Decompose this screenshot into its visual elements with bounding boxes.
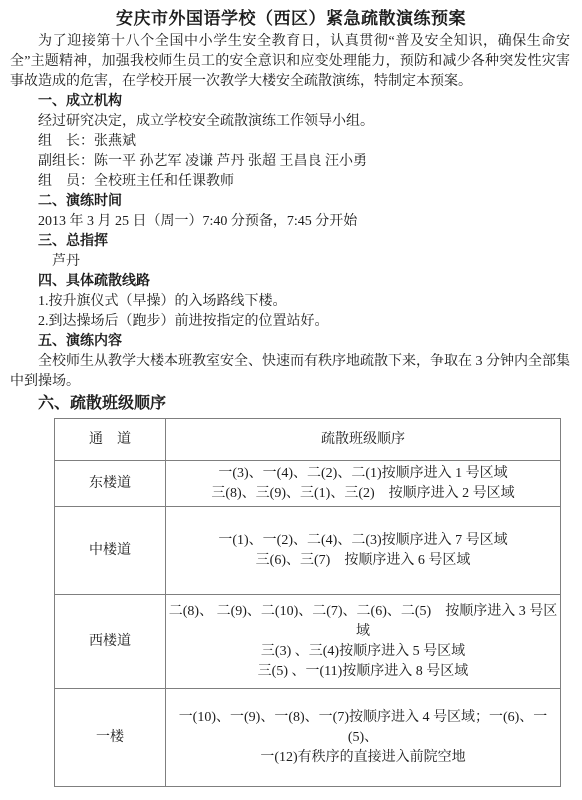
order-line: 一(10)、一(9)、一(8)、一(7)按顺序进入 4 号区域；一(6)、一(5… <box>166 708 560 748</box>
order-line: 一(1)、一(2)、二(4)、二(3)按顺序进入 7 号区域 <box>166 531 560 551</box>
page-title: 安庆市外国语学校（西区）紧急疏散演练预案 <box>0 0 582 32</box>
commander-name: 芦丹 <box>10 252 570 272</box>
section-2-heading: 二、演练时间 <box>10 192 570 212</box>
order-line: 三(6)、三(7) 按顺序进入 6 号区域 <box>166 551 560 571</box>
section-6-heading: 六、疏散班级顺序 <box>10 392 570 416</box>
order-line: 一(3)、一(4)、二(2)、二(1)按顺序进入 1 号区域 <box>166 464 560 484</box>
document-body: 为了迎接第十八个全国中小学生安全教育日，认真贯彻“普及安全知识，确保生命安全”主… <box>0 32 582 787</box>
table-row-east: 东楼道 一(3)、一(4)、二(2)、二(1)按顺序进入 1 号区域 三(8)、… <box>55 461 561 507</box>
order-line: 二(8)、 二(9)、二(10)、二(7)、二(6)、二(5) 按顺序进入 3 … <box>166 602 560 642</box>
order-cell-east: 一(3)、一(4)、二(2)、二(1)按顺序进入 1 号区域 三(8)、三(9)… <box>166 461 561 507</box>
section-1-heading: 一、成立机构 <box>10 92 570 112</box>
table-header-row: 通 道 疏散班级顺序 <box>55 419 561 461</box>
section-3-heading: 三、总指挥 <box>10 232 570 252</box>
document-page: 安庆市外国语学校（西区）紧急疏散演练预案 为了迎接第十八个全国中小学生安全教育日… <box>0 0 582 800</box>
channel-cell-east: 东楼道 <box>55 461 166 507</box>
order-line: 三(5) 、一(11)按顺序进入 8 号区域 <box>166 662 560 682</box>
route-item-2: 2.到达操场后（跑步）前进按指定的位置站好。 <box>10 312 570 332</box>
drill-time-line: 2013 年 3 月 25 日（周一）7:40 分预备，7:45 分开始 <box>10 212 570 232</box>
section-1-body: 经过研究决定，成立学校安全疏散演练工作领导小组。 <box>10 112 570 132</box>
order-line: 三(8)、三(9)、三(1)、三(2) 按顺序进入 2 号区域 <box>166 484 560 504</box>
table-row-middle: 中楼道 一(1)、一(2)、二(4)、二(3)按顺序进入 7 号区域 三(6)、… <box>55 507 561 595</box>
route-item-1: 1.按升旗仪式（早操）的入场路线下楼。 <box>10 292 570 312</box>
section-5-body: 全校师生从教学大楼本班教室安全、快速而有秩序地疏散下来，争取在 3 分钟内全部集… <box>10 352 570 392</box>
section-5-heading: 五、演练内容 <box>10 332 570 352</box>
channel-cell-first-floor: 一楼 <box>55 689 166 787</box>
channel-cell-west: 西楼道 <box>55 595 166 689</box>
channel-cell-middle: 中楼道 <box>55 507 166 595</box>
order-cell-middle: 一(1)、一(2)、二(4)、二(3)按顺序进入 7 号区域 三(6)、三(7)… <box>166 507 561 595</box>
section-4-heading: 四、具体疏散线路 <box>10 272 570 292</box>
table-header-order: 疏散班级顺序 <box>166 419 561 461</box>
table-row-west: 西楼道 二(8)、 二(9)、二(10)、二(7)、二(6)、二(5) 按顺序进… <box>55 595 561 689</box>
intro-paragraph: 为了迎接第十八个全国中小学生安全教育日，认真贯彻“普及安全知识，确保生命安全”主… <box>10 32 570 92</box>
order-line: 一(12)有秩序的直接进入前院空地 <box>166 748 560 768</box>
roster-deputy-line: 副组长：陈一平 孙艺军 凌谦 芦丹 张超 王昌良 汪小勇 <box>10 152 570 172</box>
roster-members-line: 组 员：全校班主任和任课教师 <box>10 172 570 192</box>
order-cell-west: 二(8)、 二(9)、二(10)、二(7)、二(6)、二(5) 按顺序进入 3 … <box>166 595 561 689</box>
table-header-channel: 通 道 <box>55 419 166 461</box>
table-row-first-floor: 一楼 一(10)、一(9)、一(8)、一(7)按顺序进入 4 号区域；一(6)、… <box>55 689 561 787</box>
roster-leader-line: 组 长：张燕斌 <box>10 132 570 152</box>
order-cell-first-floor: 一(10)、一(9)、一(8)、一(7)按顺序进入 4 号区域；一(6)、一(5… <box>166 689 561 787</box>
order-line: 三(3) 、三(4)按顺序进入 5 号区域 <box>166 642 560 662</box>
evacuation-order-table: 通 道 疏散班级顺序 东楼道 一(3)、一(4)、二(2)、二(1)按顺序进入 … <box>54 418 561 787</box>
